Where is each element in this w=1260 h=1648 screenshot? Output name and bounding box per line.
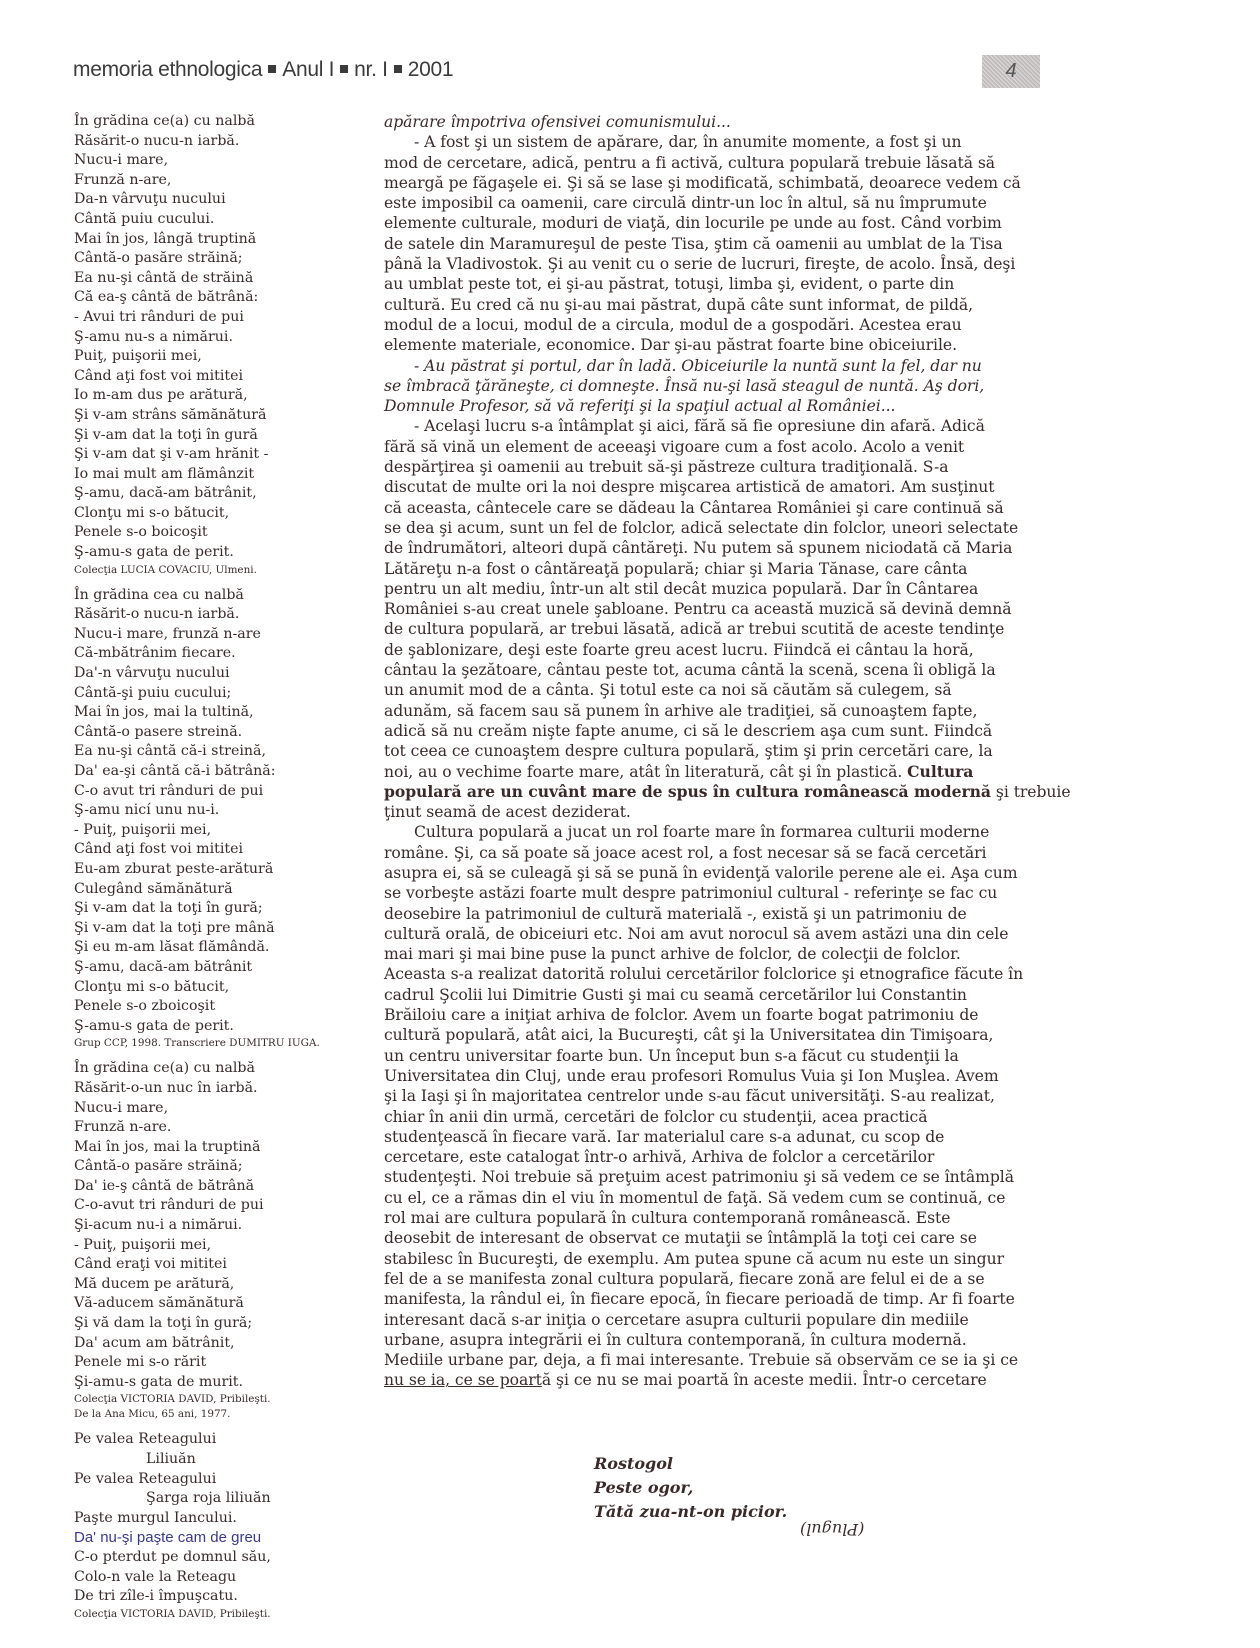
poem-line: Şi v-am dat la toţi în gură;	[74, 899, 374, 919]
text-line: mod de cercetare, adică, pentru a fi act…	[384, 153, 1074, 173]
poem-stanza: În grădina cea cu nalbăRăsărit-o nucu-n …	[74, 586, 374, 1052]
year-label: Anul I	[282, 58, 334, 81]
text-line: urbane, asupra integrării ei în cultura …	[384, 1330, 1074, 1350]
square-bullet-icon	[340, 65, 348, 73]
poem-line: Ş-amu-s gata de perit.	[74, 1017, 374, 1037]
text-line: că aceasta, cântecele care se dădeau la …	[384, 498, 1074, 518]
text-line: Cultura populară a jucat un rol foarte m…	[384, 822, 1074, 842]
page-number: 4	[982, 55, 1040, 88]
poem-line: Nucu-i mare, frunză n-are	[74, 625, 374, 645]
text-line: Lătăreţu n-a fost o cântăreaţă populară;…	[384, 559, 1074, 579]
riddle-answer: (Plugul)	[800, 1520, 864, 1539]
text-line: de şablonizare, deşi este foarte greu ac…	[384, 640, 1074, 660]
poem-credit: Grup CCP, 1998. Transcriere DUMITRU IUGA…	[74, 1036, 374, 1051]
poem-line: Ş-amu, dacă-am bătrânit,	[74, 484, 374, 504]
poems-column: În grădina ce(a) cu nalbăRăsărit-o nucu-…	[74, 112, 374, 1630]
poem-line: - Avui tri rânduri de pui	[74, 308, 374, 328]
text-line: interesant dacă s-ar iniţia o cercetare …	[384, 1310, 1074, 1330]
poem-line: Frunză n-are.	[74, 1118, 374, 1138]
poem-line: Puiţ, puişorii mei,	[74, 347, 374, 367]
text-line: Brăiloiu care a iniţiat arhiva de folclo…	[384, 1005, 1074, 1025]
poem-line: De tri zîle-i împuşcatu.	[74, 1587, 374, 1607]
poem-line: Că-mbătrânim fiecare.	[74, 644, 374, 664]
text-line: tot ceea ce cunoaştem despre cultura pop…	[384, 741, 1074, 761]
poem-line: Culegând sămănătură	[74, 880, 374, 900]
riddle-line: Rostogol	[594, 1452, 787, 1476]
poem-line: Că ea-ş cântă de bătrână:	[74, 288, 374, 308]
text-line: deosebit de interesant de observat ce mu…	[384, 1228, 1074, 1248]
bold-phrase: Cultura	[907, 762, 973, 781]
poem-line: Vă-aducem sămănătură	[74, 1294, 374, 1314]
text-line: Aceasta s-a realizat datorită rolului ce…	[384, 964, 1074, 984]
poem-line: Io m-am dus pe arătură,	[74, 386, 374, 406]
interview-column: apărare împotriva ofensivei comunismului…	[384, 112, 1074, 1391]
poem-line: Pe valea Reteagului	[74, 1430, 374, 1450]
text-line: Universitatea din Cluj, unde erau profes…	[384, 1066, 1074, 1086]
text-line: pentru un alt mediu, într-un alt stil de…	[384, 579, 1074, 599]
text-line: Domnule Profesor, să vă referiţi şi la s…	[384, 396, 1074, 416]
poem-line: Nucu-i mare,	[74, 151, 374, 171]
poem-stanza: Pe valea ReteaguluiLiliuănPe valea Retea…	[74, 1430, 374, 1621]
square-bullet-icon	[268, 65, 276, 73]
text-line: fără să vină un element de aceeaşi vigoa…	[384, 437, 1074, 457]
poem-line: Da' ea-şi cântă că-i bătrână:	[74, 762, 374, 782]
text-line: populară are un cuvânt mare de spus în c…	[384, 782, 1074, 802]
text-line: - A fost şi un sistem de apărare, dar, î…	[384, 132, 1074, 152]
poem-line: Ş-amu nicí unu nu-i.	[74, 801, 374, 821]
poem-line: Colo-n vale la Reteagu	[74, 1568, 374, 1588]
poem-line: Da' nu-şi paşte cam de greu	[74, 1528, 374, 1548]
date-label: 2001	[408, 58, 454, 81]
text-line: fel de a se manifesta zonal cultura popu…	[384, 1269, 1074, 1289]
text-line: mai mari şi mai bine puse la punct arhiv…	[384, 944, 1074, 964]
poem-line: Ea nu-şi cântă de străină	[74, 269, 374, 289]
poem-line: Şi v-am dat la toţi pre mână	[74, 919, 374, 939]
poem-line: Penele s-o boicoşit	[74, 523, 374, 543]
poem-line: Penele mi s-o rărit	[74, 1353, 374, 1373]
poem-line: - Puiţ, puişorii mei,	[74, 1236, 374, 1256]
text-line: elemente culturale, moduri de viaţă, din…	[384, 213, 1074, 233]
poem-line: - Puiţ, puişorii mei,	[74, 821, 374, 841]
poem-line: Cântă-o pasăre străină;	[74, 249, 374, 269]
poem-line: Nucu-i mare,	[74, 1099, 374, 1119]
riddle-line: Tătă zua-nt-on picior.	[594, 1500, 787, 1524]
poem-line: Ş-amu-s gata de perit.	[74, 543, 374, 563]
text-line: de satele din Maramureşul de peste Tisa,…	[384, 234, 1074, 254]
poem-line: Ş-amu, dacă-am bătrânit	[74, 958, 374, 978]
poem-credit: Colecţia VICTORIA DAVID, Pribileşti.	[74, 1392, 374, 1407]
text-line: studenţeşti. Noi trebuie să preţuim aces…	[384, 1167, 1074, 1187]
poem-line: Pe valea Reteagului	[74, 1470, 374, 1490]
bold-phrase: populară are un cuvânt mare de spus în c…	[384, 782, 991, 801]
text-line: rol mai are cultura populară în cultura …	[384, 1208, 1074, 1228]
text-line: ţinut seamă de acest deziderat.	[384, 802, 1074, 822]
text-line: noi, au o vechime foarte mare, atât în l…	[384, 762, 1074, 782]
poem-line: Frunză n-are,	[74, 171, 374, 191]
poem-credit: De la Ana Micu, 65 ani, 1977.	[74, 1407, 374, 1422]
text-line: asupra ei, să se culeagă şi să se pună î…	[384, 863, 1074, 883]
text-line: deosebire la patrimoniul de cultură mate…	[384, 904, 1074, 924]
text-line: cultură orală, de obiceiuri etc. Noi am …	[384, 924, 1074, 944]
text-line: se îmbracă ţărăneşte, ci domneşte. Însă …	[384, 376, 1074, 396]
poem-credit: Colecţia VICTORIA DAVID, Pribileşti.	[74, 1607, 374, 1622]
text-line: un centru universitar foarte bun. Un înc…	[384, 1046, 1074, 1066]
text-line: - Au păstrat şi portul, dar în ladă. Obi…	[384, 356, 1074, 376]
poem-line: Da'-n vârvuţu nucului	[74, 664, 374, 684]
poem-line: C-o avut tri rânduri de pui	[74, 782, 374, 802]
riddle: RostogolPeste ogor,Tătă zua-nt-on picior…	[594, 1452, 787, 1524]
text-line: cercetare, este catalogat într-o arhivă,…	[384, 1147, 1074, 1167]
text-line: manifesta, la rândul ei, în fiecare epoc…	[384, 1289, 1074, 1309]
poem-line: Şi eu m-am lăsat flămândă.	[74, 938, 374, 958]
poem-line: Mă ducem pe arătură,	[74, 1275, 374, 1295]
text-line: un anumit mod de a cânta. Şi totul este …	[384, 680, 1074, 700]
text-line: adică să nu creăm nişte fapte anume, ci …	[384, 721, 1074, 741]
text-line: modul de a locui, modul de a circula, mo…	[384, 315, 1074, 335]
text-line: au umblat peste tot, ei şi-au păstrat, t…	[384, 274, 1074, 294]
text-line: apărare împotriva ofensivei comunismului…	[384, 112, 1074, 132]
magazine-title: memoria ethnologica	[73, 58, 262, 81]
text-line: studenţească în fiecare vară. Iar materi…	[384, 1127, 1074, 1147]
text-line: cântau la şezătoare, cântau peste tot, a…	[384, 660, 1074, 680]
text-line: până la Vladivostok. Şi au venit cu o se…	[384, 254, 1074, 274]
poem-line: Cântă-o pasere streină.	[74, 723, 374, 743]
text-line: este imposibil ca oamenii, care circulă …	[384, 193, 1074, 213]
poem-line: C-o pterdut pe domnul său,	[74, 1548, 374, 1568]
poem-line: Da-n vârvuţu nucului	[74, 190, 374, 210]
poem-line: Şi v-am dat şi v-am hrănit -	[74, 445, 374, 465]
poem-line: Şi vă dam la toţi în gură;	[74, 1314, 374, 1334]
poem-line: Când aţi fost voi mititei	[74, 367, 374, 387]
poem-line: Răsărit-o nucu-n iarbă.	[74, 132, 374, 152]
poem-line: Da' ie-ş cântă de bătrână	[74, 1177, 374, 1197]
poem-line: Io mai mult am flămânzit	[74, 465, 374, 485]
poem-line: Eu-am zburat peste-arătură	[74, 860, 374, 880]
text-line: stabilesc în Bucureşti, de exemplu. Am p…	[384, 1249, 1074, 1269]
poem-stanza: În grădina ce(a) cu nalbăRăsărit-o nucu-…	[74, 112, 374, 578]
issue-label: nr. I	[354, 58, 388, 81]
poem-line: Şi v-am dat la toţi în gură	[74, 426, 374, 446]
poem-line: Mai în jos, mai la truptină	[74, 1138, 374, 1158]
text-line: Mediile urbane par, deja, a fi mai inter…	[384, 1350, 1074, 1370]
poem-line: În grădina cea cu nalbă	[74, 586, 374, 606]
poem-stanza: În grădina ce(a) cu nalbăRăsărit-o-un nu…	[74, 1059, 374, 1422]
poem-line: Ea nu-şi cântă că-i streină,	[74, 742, 374, 762]
text-line: cu el, ce a rămas din el viu în momentul…	[384, 1188, 1074, 1208]
text-line: cultură. Eu cred că nu şi-au mai păstrat…	[384, 295, 1074, 315]
poem-line: C-o-avut tri rânduri de pui	[74, 1196, 374, 1216]
text-line: de îndrumători, alteori după cântăreţi. …	[384, 538, 1074, 558]
text-line: române. Şi, ca să poate să joace acest r…	[384, 843, 1074, 863]
text-line: şi la Iaşi şi în majoritatea centrelor u…	[384, 1086, 1074, 1106]
poem-line: Cântă puiu cucului.	[74, 210, 374, 230]
poem-line: Ş-amu nu-s a nimărui.	[74, 328, 374, 348]
poem-line: Când aţi fost voi mititei	[74, 840, 374, 860]
text-line: chiar în anii din urmă, cercetări de fol…	[384, 1107, 1074, 1127]
text-line: - Acelaşi lucru s-a întâmplat şi aici, f…	[384, 416, 1074, 436]
poem-line: Clonţu mi s-o bătucit,	[74, 978, 374, 998]
underlined-phrase: nu se ia, ce se poart	[384, 1371, 542, 1389]
running-header: memoria ethnologicaAnul Inr. I2001	[73, 58, 453, 82]
text-line: discutat de multe ori la noi despre mişc…	[384, 477, 1074, 497]
poem-line: Cântă-şi puiu cucului;	[74, 684, 374, 704]
riddle-line: Peste ogor,	[594, 1476, 787, 1500]
text-line: cadrul Şcolii lui Dimitrie Gusti şi mai …	[384, 985, 1074, 1005]
text-line: adunăm, să facem sau să punem în arhive …	[384, 701, 1074, 721]
poem-line: Penele s-o zboicoşit	[74, 997, 374, 1017]
text-line: se dea şi acum, sunt un fel de folclor, …	[384, 518, 1074, 538]
poem-line: Şarga roja liliuăn	[74, 1489, 374, 1509]
text-line: cultură populară, atât aici, la Bucureşt…	[384, 1025, 1074, 1045]
poem-line: Cântă-o pasăre străină;	[74, 1157, 374, 1177]
text-line: nu se ia, ce se poartă şi ce nu se mai p…	[384, 1370, 1074, 1390]
text-line: meargă pe făgaşele ei. Şi să se lase şi …	[384, 173, 1074, 193]
poem-line: Mai în jos, mai la tultină,	[74, 703, 374, 723]
text-line: României s-au creat unele şabloane. Pent…	[384, 599, 1074, 619]
poem-line: Paşte murgul Iancului.	[74, 1509, 374, 1529]
poem-line: În grădina ce(a) cu nalbă	[74, 1059, 374, 1079]
poem-line: Da' acum am bătrânit,	[74, 1334, 374, 1354]
text-line: de cultura populară, ar trebui lăsată, a…	[384, 619, 1074, 639]
poem-line: Răsărit-o-un nuc în iarbă.	[74, 1079, 374, 1099]
poem-line: Când eraţi voi mititei	[74, 1255, 374, 1275]
poem-line: Clonţu mi s-o bătucit,	[74, 504, 374, 524]
text-line: despărţirea şi oamenii au trebuit să-şi …	[384, 457, 1074, 477]
poem-line: Şi-amu-s gata de murit.	[74, 1373, 374, 1393]
text-line: se vorbeşte astăzi foarte mult despre pa…	[384, 883, 1074, 903]
poem-line: Şi v-am strâns sămănătură	[74, 406, 374, 426]
text-line: elemente materiale, economice. Dar şi-au…	[384, 335, 1074, 355]
poem-line: Şi-acum nu-i a nimărui.	[74, 1216, 374, 1236]
poem-line: Răsărit-o nucu-n iarbă.	[74, 605, 374, 625]
poem-line: Liliuăn	[74, 1450, 374, 1470]
square-bullet-icon	[394, 65, 402, 73]
poem-line: Mai în jos, lângă truptină	[74, 230, 374, 250]
poem-line: În grădina ce(a) cu nalbă	[74, 112, 374, 132]
poem-credit: Colecţia LUCIA COVACIU, Ulmeni.	[74, 563, 374, 578]
